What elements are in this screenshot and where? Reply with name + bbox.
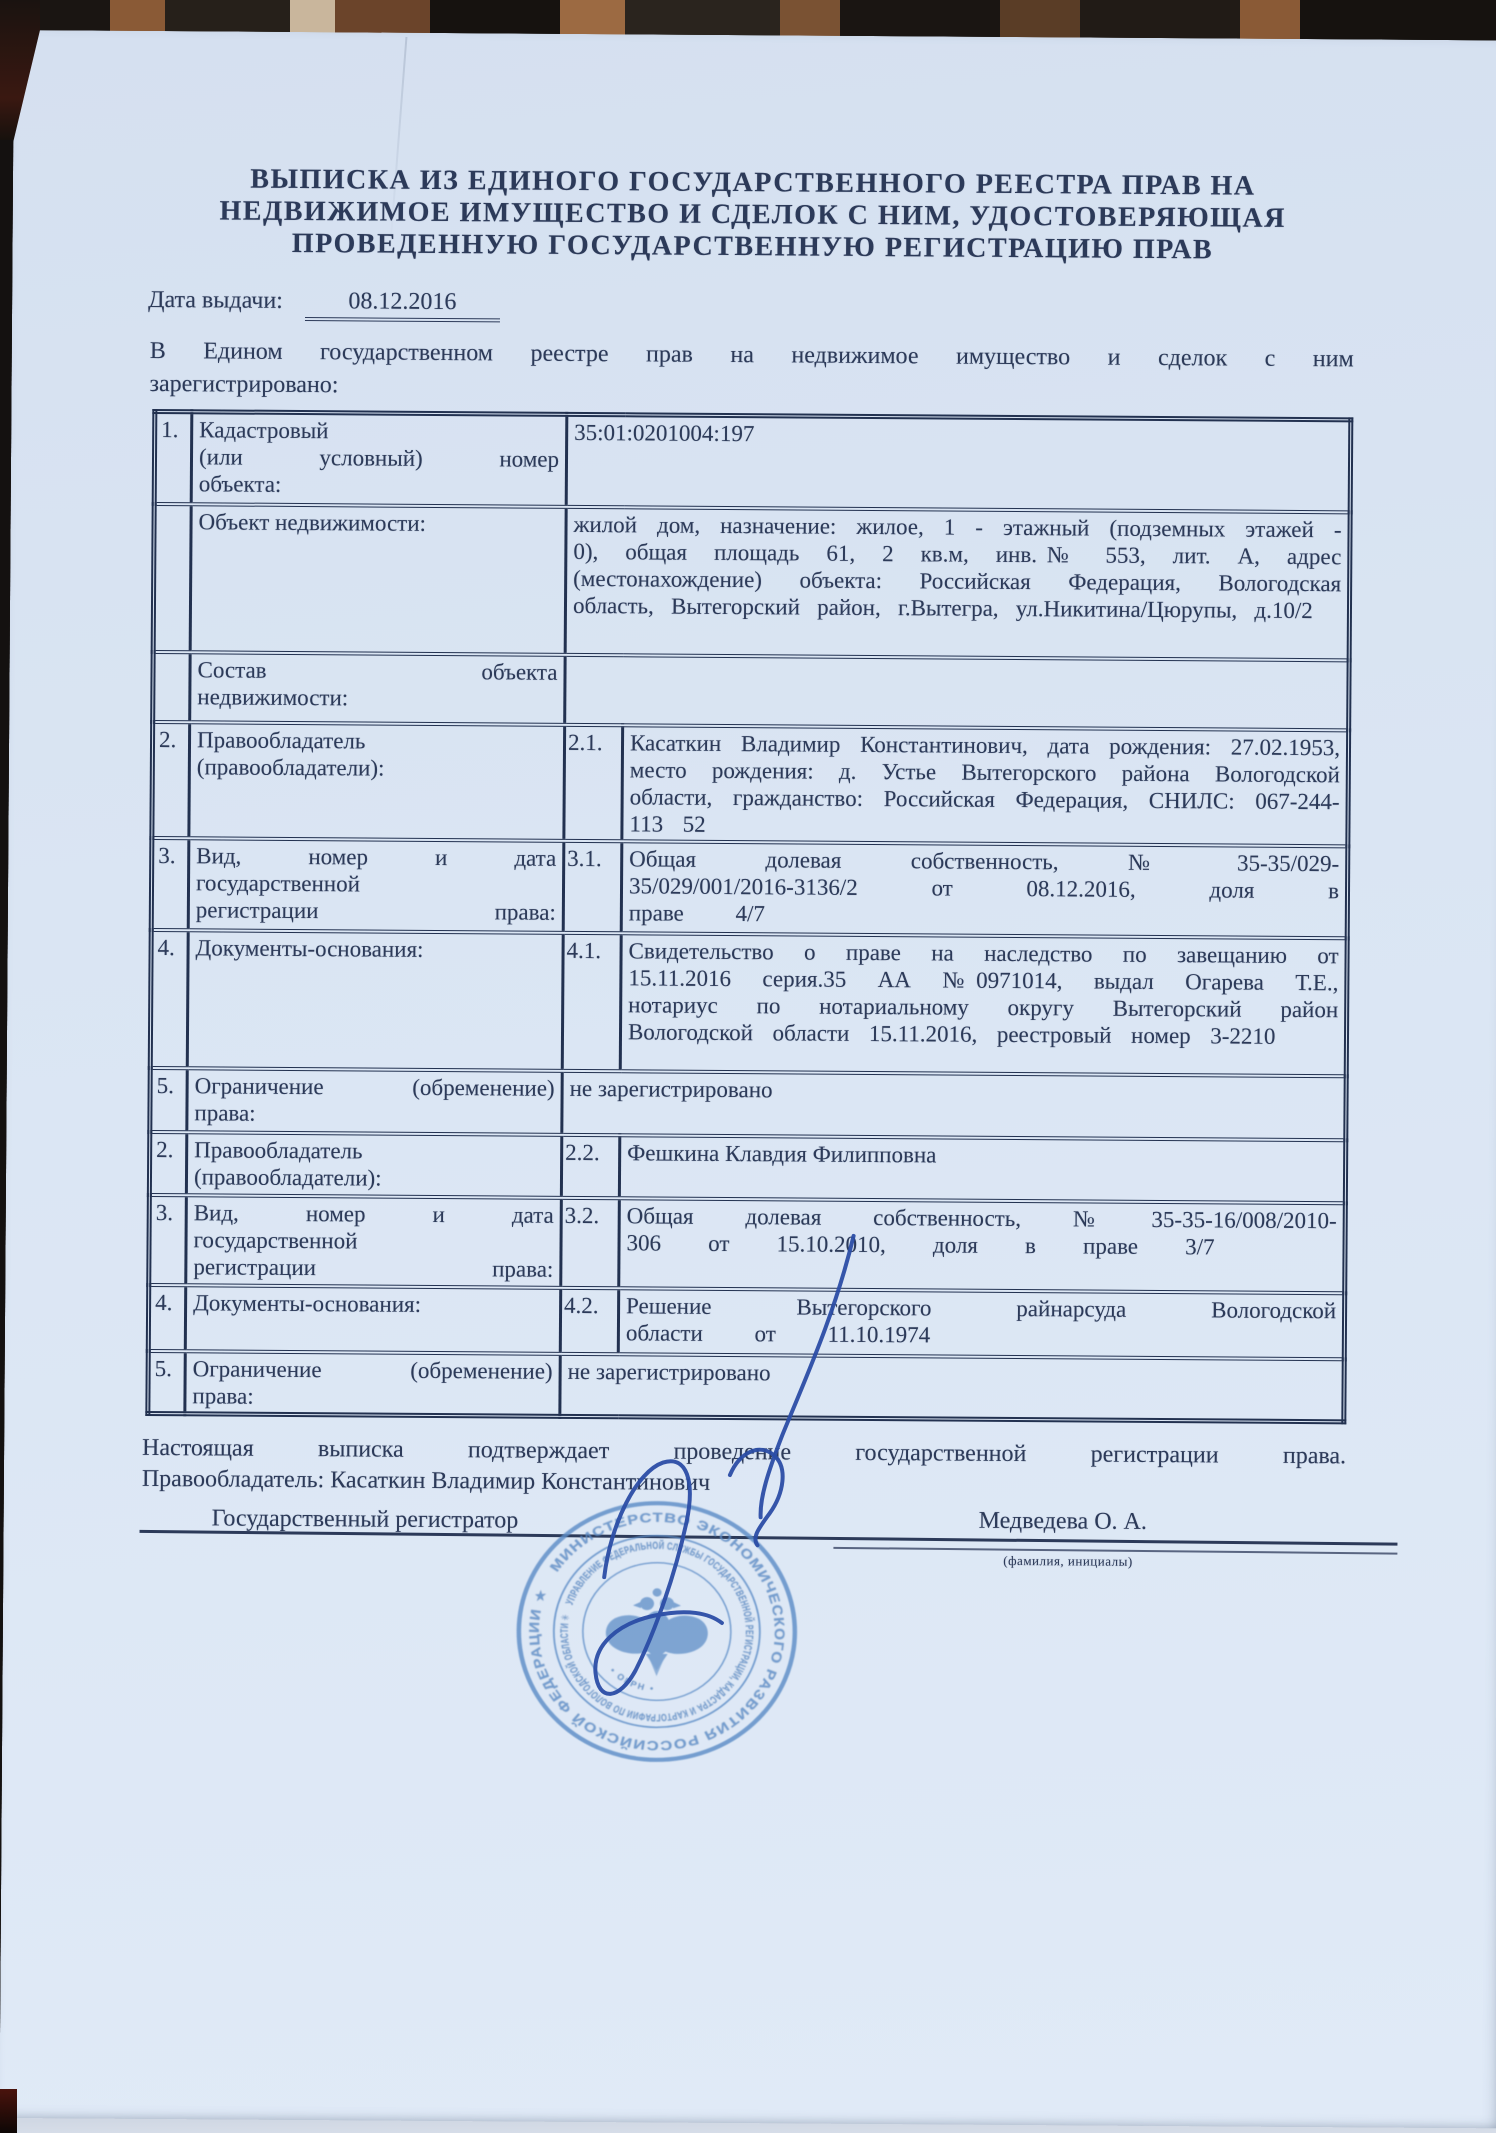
row-label-registration-1: Вид, номер и дата государственной регист… — [188, 838, 564, 933]
row-number: 1. — [154, 411, 192, 503]
registry-table: 1. Кадастровый (или условный) номер объе… — [145, 409, 1348, 1424]
row-number — [153, 503, 191, 651]
row-label-basis-documents-1: Документы-основания: — [187, 930, 563, 1071]
double-headed-eagle-icon — [606, 1588, 709, 1677]
row-number: 4. — [150, 929, 188, 1067]
document-title: ВЫПИСКА ИЗ ЕДИНОГО ГОСУДАРСТВЕННОГО РЕЕС… — [132, 163, 1373, 268]
row-subnumber: 2.1. — [564, 724, 623, 840]
row-value-encumbrance-2: не зарегистрировано — [560, 1353, 1344, 1421]
row-value-encumbrance-1: не зарегистрировано — [562, 1070, 1346, 1139]
row-value-basis-documents-2: Решение Вытегорского райнарсуда Вологодс… — [618, 1288, 1344, 1359]
row-value-rights-holder-1: Касаткин Владимир Константинович, дата р… — [622, 725, 1349, 846]
row-number: 3. — [149, 1194, 187, 1284]
row-label-property-object: Объект недвижимости: — [190, 504, 566, 655]
row-subnumber: 4.1. — [562, 932, 621, 1070]
svg-text:УПРАВЛЕНИЕ ФЕДЕРАЛЬНОЙ СЛУЖБЫ: УПРАВЛЕНИЕ ФЕДЕРАЛЬНОЙ СЛУЖБЫ ГОСУДАРСТВ… — [532, 1516, 781, 1747]
svg-text:МИНИСТЕРСТВО ЭКОНОМИЧЕСКОГО РА: МИНИСТЕРСТВО ЭКОНОМИЧЕСКОГО РАЗВИТИЯ РОС… — [477, 1464, 837, 1799]
row-subnumber: 4.2. — [560, 1287, 618, 1353]
closing-paragraph: Настоящая выписка подтверждает проведени… — [142, 1433, 1346, 1503]
row-number — [153, 651, 190, 721]
row-subnumber: 3.2. — [561, 1197, 620, 1287]
row-value-property-object: жилой дом, назначение: жилое, 1 - этажны… — [565, 506, 1350, 659]
registrar-name-hint: (фамилия, инициалы) — [1003, 1553, 1132, 1570]
svg-text:• ОГРН •: • ОГРН • — [608, 1666, 656, 1694]
stamp-outer-ring-text: МИНИСТЕРСТВО ЭКОНОМИЧЕСКОГО РАЗВИТИЯ РОС… — [477, 1464, 837, 1799]
document-paper: ВЫПИСКА ИЗ ЕДИНОГО ГОСУДАРСТВЕННОГО РЕЕС… — [0, 30, 1496, 2128]
row-value-registration-2: Общая долевая собственность, № 35-35-16/… — [619, 1198, 1346, 1293]
row-subnumber: 3.1. — [563, 840, 622, 932]
background-bottom-left-corner — [0, 2089, 17, 2133]
row-label-object-composition: Состав объекта недвижимости: — [190, 652, 565, 725]
issue-date-line: Дата выдачи:08.12.2016 — [148, 287, 500, 322]
rosreestr-seal-stamp: МИНИСТЕРСТВО ЭКОНОМИЧЕСКОГО РАЗВИТИЯ РОС… — [476, 1463, 838, 1800]
row-number: 5. — [150, 1067, 187, 1131]
registrar-name: Медведева О. А. — [979, 1508, 1147, 1536]
row-value-registration-1: Общая долевая собственность, № 35-35/029… — [621, 841, 1348, 938]
row-label-registration-2: Вид, номер и дата государственной регист… — [186, 1195, 562, 1288]
row-label-rights-holder-1: Правообладатель (правообладатели): — [189, 722, 565, 841]
row-label-cadastral-number: Кадастровый (или условный) номер объекта… — [191, 412, 567, 507]
row-subnumber: 2.2. — [561, 1134, 619, 1197]
row-label-rights-holder-2: Правообладатель (правообладатели): — [186, 1132, 561, 1198]
issue-date-value: 08.12.2016 — [305, 288, 500, 322]
row-number: 2. — [152, 721, 190, 837]
row-number: 5. — [148, 1350, 185, 1413]
stamp-middle-ring-text: УПРАВЛЕНИЕ ФЕДЕРАЛЬНОЙ СЛУЖБЫ ГОСУДАРСТВ… — [532, 1516, 781, 1747]
row-value-cadastral-number: 35:01:0201004:197 — [566, 414, 1351, 511]
row-value-basis-documents-1: Свидетельство о праве на наследство по з… — [620, 933, 1347, 1076]
intro-paragraph: В Едином государственном реестре прав на… — [149, 335, 1353, 409]
row-number: 2. — [149, 1131, 186, 1194]
row-number: 4. — [148, 1284, 185, 1350]
row-label-encumbrance-2: Ограничение (обременение) права: — [185, 1351, 560, 1416]
row-label-basis-documents-2: Документы-основания: — [185, 1285, 560, 1354]
signature-line — [140, 1530, 1398, 1546]
row-value-object-composition — [565, 654, 1349, 729]
row-number: 3. — [151, 837, 189, 929]
issue-date-label: Дата выдачи: — [148, 287, 283, 314]
row-value-rights-holder-2: Фешкина Клавдия Филипповна — [619, 1135, 1345, 1203]
row-label-encumbrance-1: Ограничение (обременение) права: — [187, 1068, 562, 1135]
stamp-inner-ring-text: • ОГРН • — [608, 1666, 656, 1694]
